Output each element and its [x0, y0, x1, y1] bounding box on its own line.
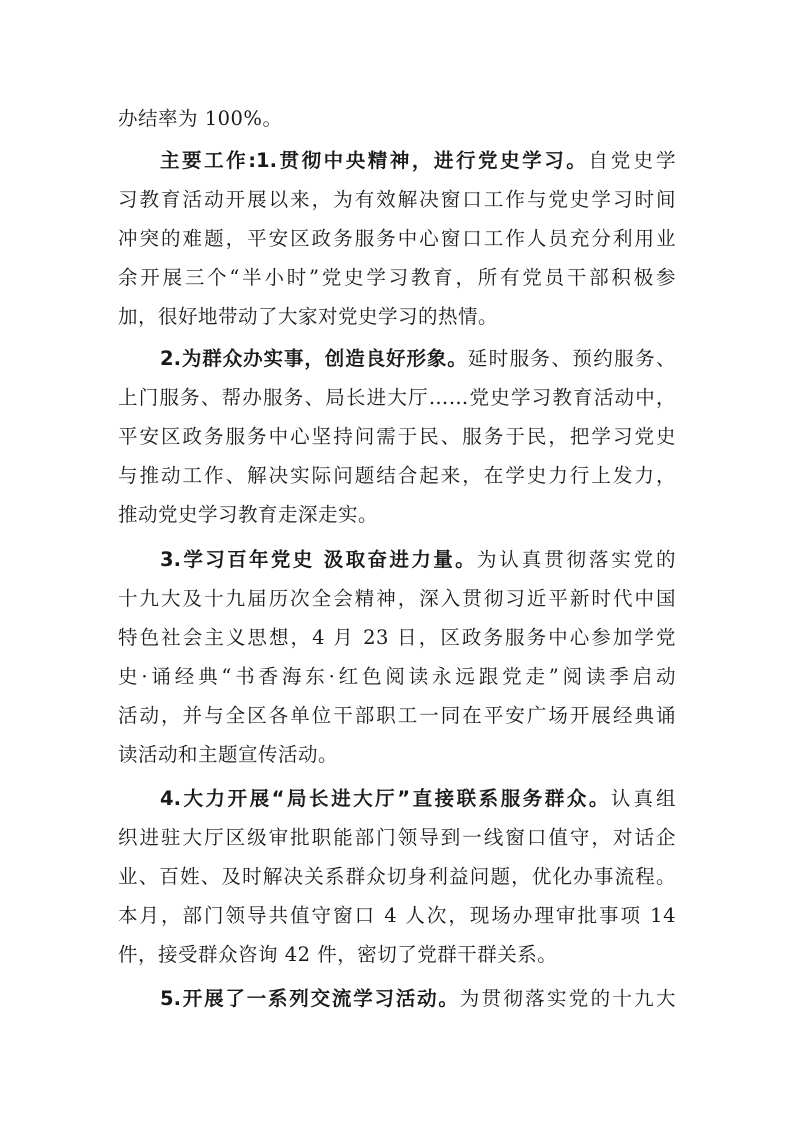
text-line: 织进驻大厅区级审批职能部门领导到一线窗口值守，对话企	[118, 825, 676, 851]
paragraph-heading-line: 主要工作:1.贯彻中央精神，进行党史学习。自党史学	[160, 148, 676, 174]
bold-heading: 4.大力开展“局长进大厅”直接联系服务群众。	[160, 787, 611, 810]
document-page: 办结率为 100%。 主要工作:1.贯彻中央精神，进行党史学习。自党史学 习教育…	[0, 0, 793, 1122]
text-line: 办结率为 100%。	[118, 106, 676, 132]
text-line: 活动，并与全区各单位干部职工一同在平安广场开展经典诵	[118, 703, 676, 729]
text-line: 推动党史学习教育走深走实。	[118, 502, 676, 528]
text-line: 习教育活动开展以来，为有效解决窗口工作与党史学习时间	[118, 187, 676, 213]
text-line: 本月，部门领导共值守窗口 4 人次，现场办理审批事项 14	[118, 903, 676, 929]
paragraph-heading-line: 2.为群众办实事，创造良好形象。延时服务、预约服务、	[160, 346, 676, 372]
paragraph-heading-line: 5.开展了一系列交流学习活动。为贯彻落实党的十九大	[160, 986, 676, 1012]
bold-heading: 5.开展了一系列交流学习活动。	[160, 987, 460, 1010]
text-line: 史·诵经典“书香海东·红色阅读永远跟党走”阅读季启动	[118, 664, 676, 690]
text-line: 平安区政务服务中心坚持问需于民、服务于民，把学习党史	[118, 424, 676, 450]
text-line: 十九大及十九届历次全会精神，深入贯彻习近平新时代中国	[118, 586, 676, 612]
text-line: 余开展三个“半小时”党史学习教育，所有党员干部积极参	[118, 265, 676, 291]
bold-heading: 2.为群众办实事，创造良好形象。	[160, 347, 468, 370]
text-line: 业、百姓、及时解决关系群众切身利益问题，优化办事流程。	[118, 864, 676, 890]
paragraph-heading-line: 4.大力开展“局长进大厅”直接联系服务群众。认真组	[160, 786, 676, 812]
text-line: 上门服务、帮办服务、局长进大厅……党史学习教育活动中，	[118, 385, 676, 411]
text-line: 特色社会主义思想，4 月 23 日，区政务服务中心参加学党	[118, 625, 676, 651]
text-line: 读活动和主题宣传活动。	[118, 742, 676, 768]
paragraph-heading-line: 3.学习百年党史 汲取奋进力量。为认真贯彻落实党的	[160, 547, 676, 573]
bold-heading: 3.学习百年党史 汲取奋进力量。	[160, 548, 477, 571]
bold-heading: 主要工作:1.贯彻中央精神，进行党史学习。	[160, 149, 588, 172]
text-line: 与推动工作、解决实际问题结合起来，在学史力行上发力，	[118, 463, 676, 489]
text-line: 冲突的难题，平安区政务服务中心窗口工作人员充分利用业	[118, 226, 676, 252]
text-line: 加，很好地带动了大家对党史学习的热情。	[118, 304, 676, 330]
text-line: 件，接受群众咨询 42 件，密切了党群干群关系。	[118, 942, 676, 968]
